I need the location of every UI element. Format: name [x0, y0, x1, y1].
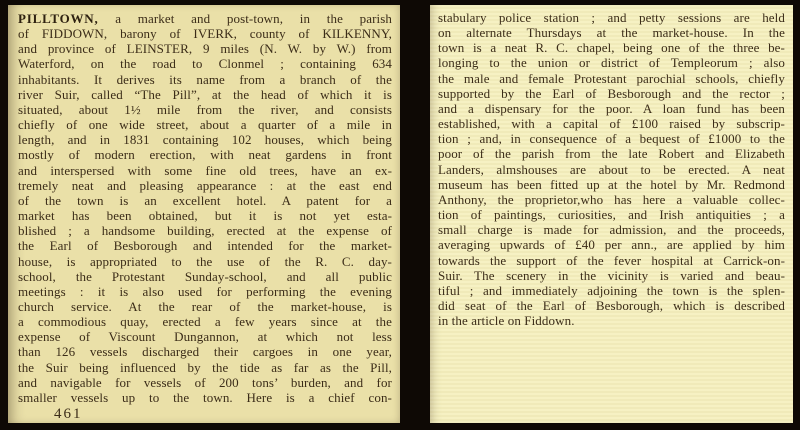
text-line: tremely neat and pleasing appearance : a…	[18, 178, 392, 193]
text-line: of FIDDOWN, barony of IVERK, county of K…	[18, 26, 392, 41]
text-line: river Suir, called “The Pill”, at the he…	[18, 87, 392, 102]
text-line: inhabitants. It derives its name from a …	[18, 72, 392, 87]
text-line: chiefly of one wide street, about a quar…	[18, 117, 392, 132]
text-line: averaging upwards of £40 per ann., are a…	[438, 237, 785, 252]
text-line: market has been obtained, but it is not …	[18, 208, 392, 223]
text-line: school, the Protestant Sunday-school, an…	[18, 269, 392, 284]
text-line: Anthony, the proprietor,who has here a v…	[438, 192, 785, 207]
text-line: tion ; and, in consequence of a bequest …	[438, 131, 785, 146]
text-line: expense of Viscount Dungannon, at which …	[18, 329, 392, 344]
text-line: and a dispensary for the poor. A loan fu…	[438, 101, 785, 116]
text-line: of the town is an excellent hotel. A pat…	[18, 193, 392, 208]
text-line: blished ; a handsome building, erected a…	[18, 223, 392, 238]
text-line: and navigable for vessels of 200 tons’ b…	[18, 375, 392, 390]
text-line: situated, about 1½ mile from the river, …	[18, 102, 392, 117]
text-line: the male and female Protestant parochial…	[438, 71, 785, 86]
text-line: smaller vessels up to the town. Here is …	[18, 390, 392, 405]
text-line: in the article on Fiddown.	[438, 313, 785, 328]
text-line: church service. At the rear of the marke…	[18, 299, 392, 314]
scanned-book-page: 461 PILLTOWN, a market and post-town, in…	[0, 0, 800, 430]
text-line: Suir. The scenery in the vicinity is var…	[438, 268, 785, 283]
text-line: the Earl of Besborough and intended for …	[18, 238, 392, 253]
text-line: house, is appropriated to the use of the…	[18, 254, 392, 269]
text-line: on alternate Thursdays at the market-hou…	[438, 25, 785, 40]
text-line: longing to the union or district of Temp…	[438, 55, 785, 70]
text-line: poor of the parish from the late Robert …	[438, 146, 785, 161]
page-number: 461	[54, 406, 83, 423]
column-divider	[400, 0, 430, 430]
text-line: the Suir being influenced by the tide as…	[18, 360, 392, 375]
text-line: than 126 vessels discharged their cargoe…	[18, 344, 392, 359]
right-column: stabulary police station ; and petty ses…	[430, 5, 793, 423]
text-line: PILLTOWN, a market and post-town, in the…	[18, 11, 392, 26]
text-line: did seat of the Earl of Besborough, whic…	[438, 298, 785, 313]
left-column: 461 PILLTOWN, a market and post-town, in…	[8, 5, 400, 423]
text-line: mostly of modern erection, with neat gar…	[18, 147, 392, 162]
text-line: meetings : it is also used for performin…	[18, 284, 392, 299]
text-line: a commodious quay, erected a few years s…	[18, 314, 392, 329]
text-line: Waterford, on the road to Clonmel ; cont…	[18, 56, 392, 71]
text-line: Landers, almshouses are about to be erec…	[438, 162, 785, 177]
text-line: towards the support of the fever hospita…	[438, 253, 785, 268]
entry-headword: PILLTOWN,	[18, 11, 99, 26]
text-line: small charge is made for admission, and …	[438, 222, 785, 237]
text-line: museum has been fitted up at the hotel b…	[438, 177, 785, 192]
text-line: stabulary police station ; and petty ses…	[438, 10, 785, 25]
text-line: established, with a capital of £100 rais…	[438, 116, 785, 131]
text-line: town is a neat R. C. chapel, being one o…	[438, 40, 785, 55]
text-line: and interspersed with some fine old tree…	[18, 163, 392, 178]
text-line: supported by the Earl of Besborough and …	[438, 86, 785, 101]
text-line: tiful ; and immediately adjoining the to…	[438, 283, 785, 298]
text-line: tion of paintings, curiosities, and Iris…	[438, 207, 785, 222]
text-line: and province of LEINSTER, 9 miles (N. W.…	[18, 41, 392, 56]
text-line: length, and in 1831 containing 102 house…	[18, 132, 392, 147]
